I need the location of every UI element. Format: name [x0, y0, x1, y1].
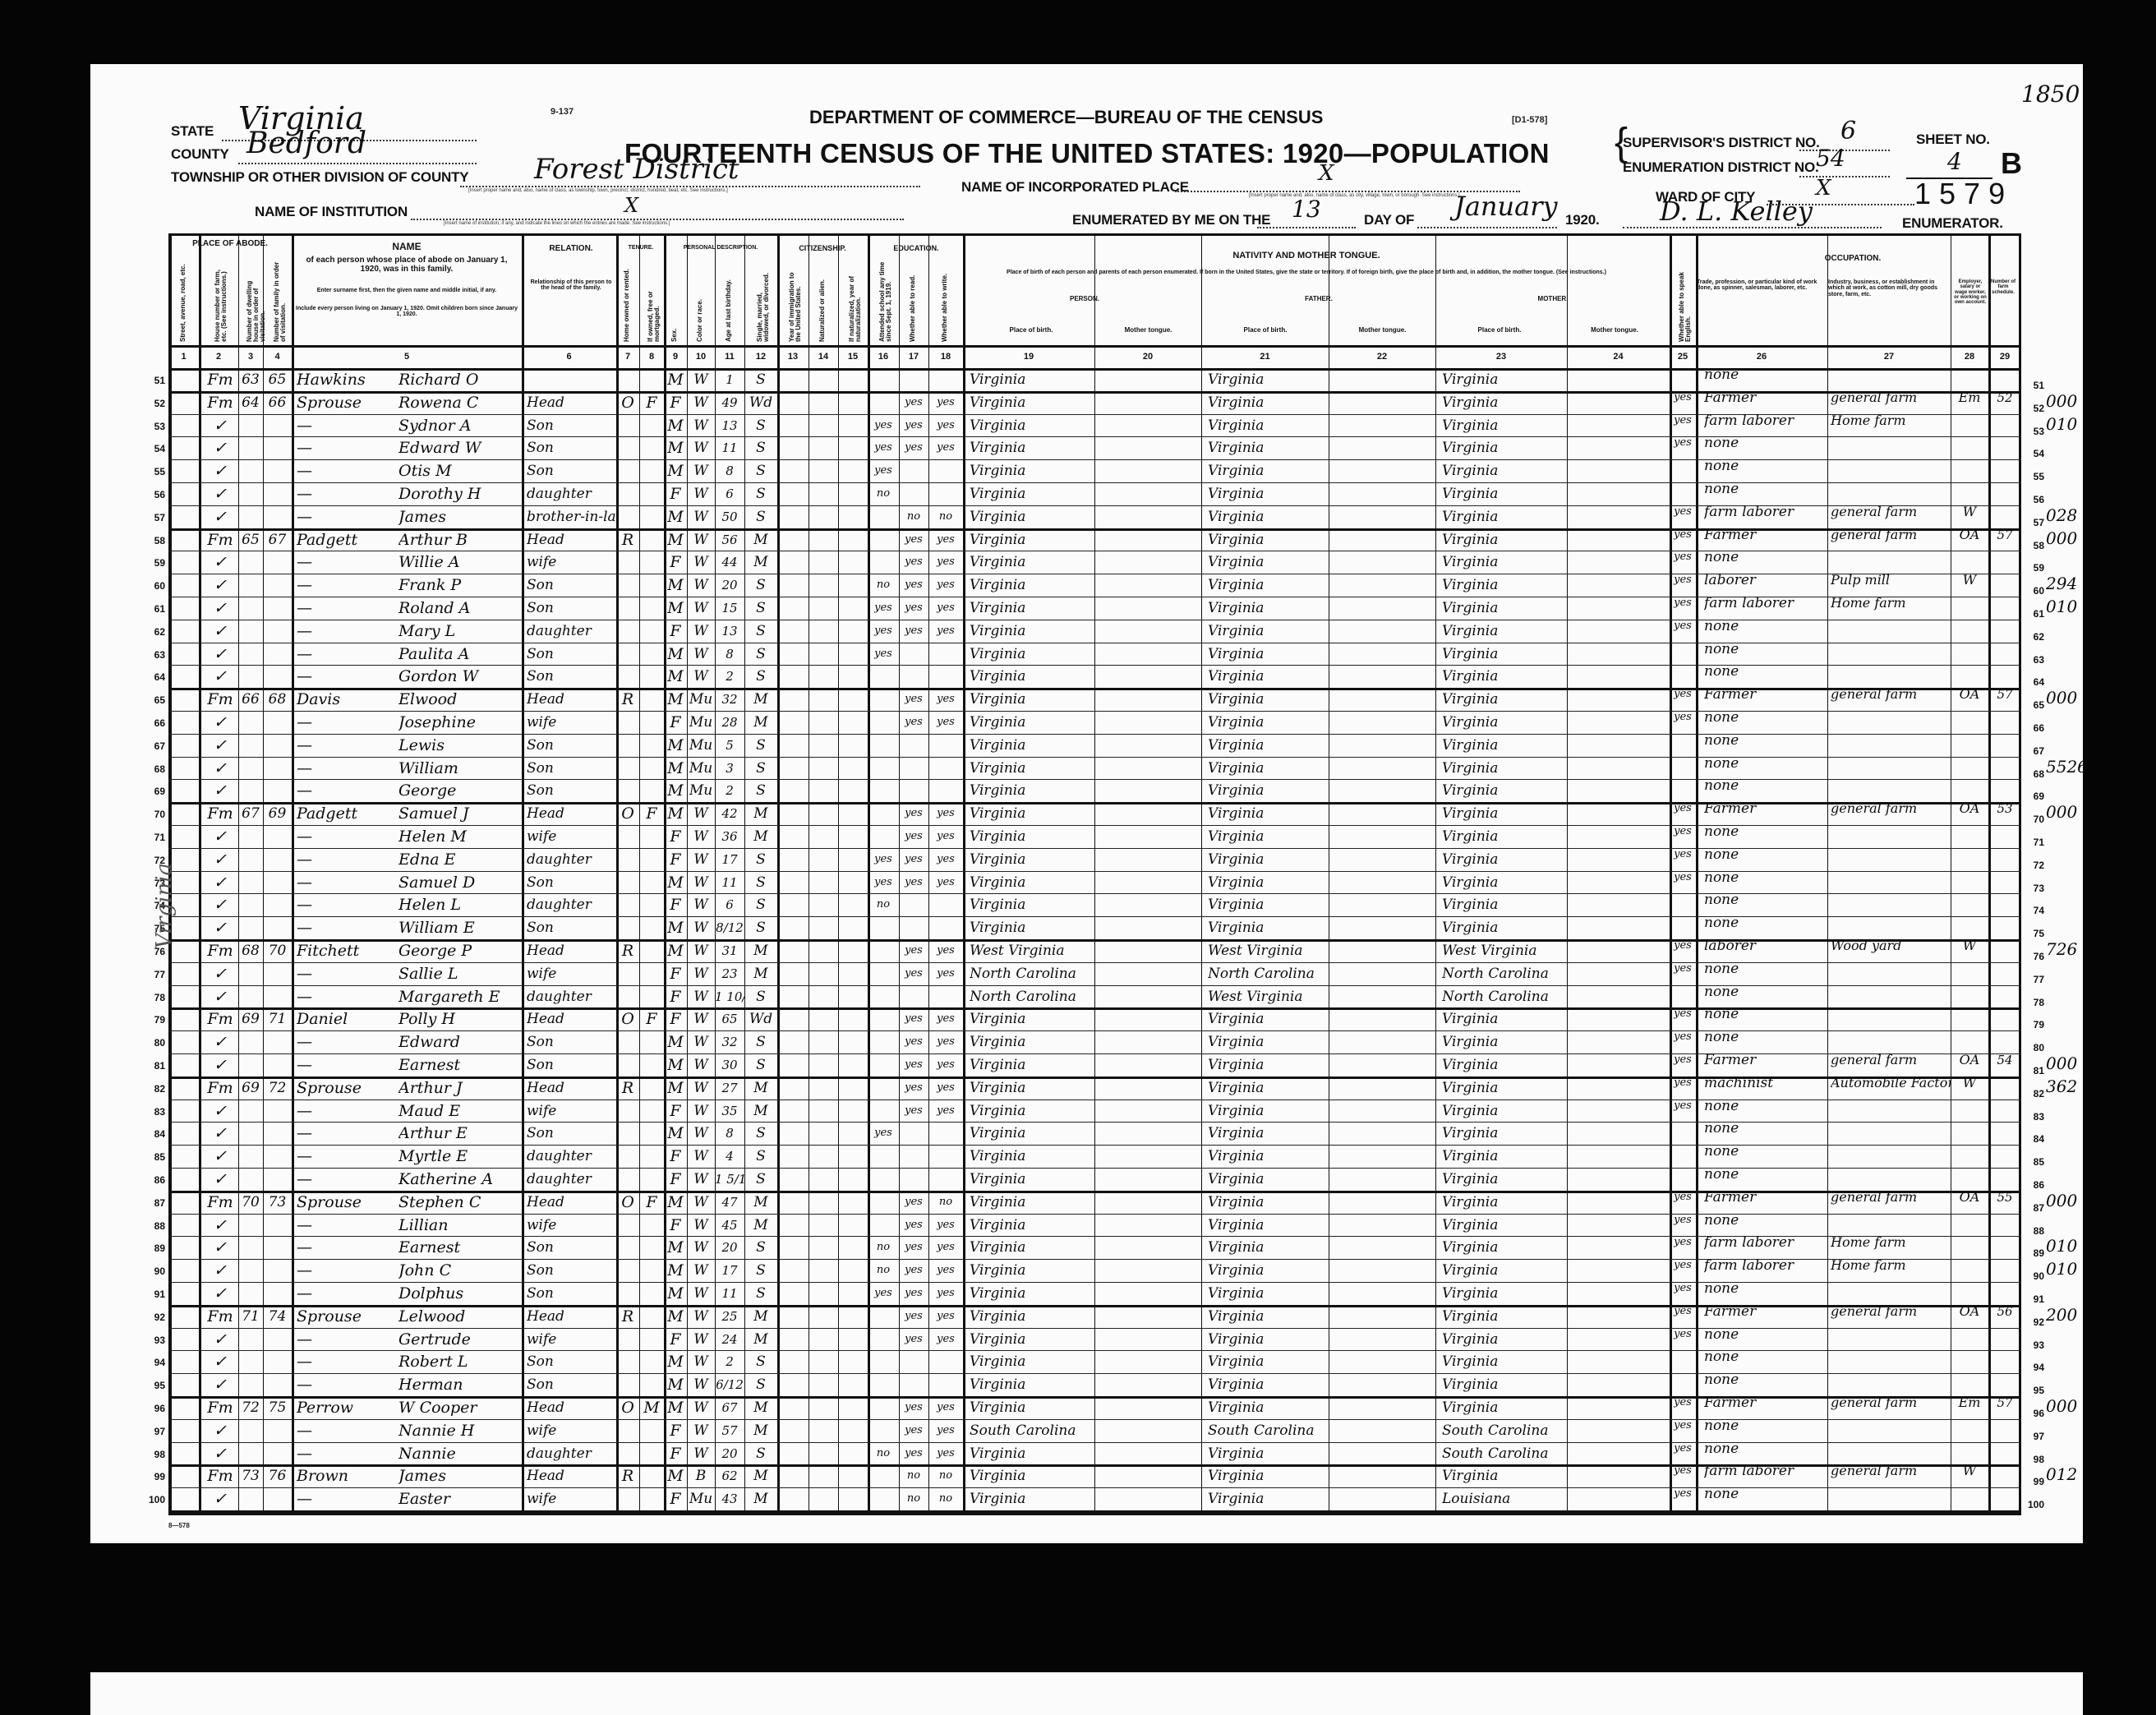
- column-number: 16: [868, 352, 899, 362]
- margin-code: 010: [2046, 1234, 2120, 1257]
- line-number: 68: [144, 763, 165, 775]
- dwelling-number: 64: [238, 391, 263, 414]
- mother-birthplace: South Carolina: [1442, 1419, 1567, 1442]
- line-number: 52: [144, 398, 165, 409]
- father-birthplace: Virginia: [1208, 482, 1329, 505]
- subcolumn-label: Whether able to speak English.: [1679, 261, 1692, 342]
- race: W: [687, 620, 715, 643]
- can-read: yes: [899, 1053, 928, 1076]
- sex: M: [664, 597, 687, 620]
- relation: Son: [527, 1259, 616, 1282]
- occupation-trade: farm laborer: [1704, 1254, 1827, 1277]
- given-name: William E: [398, 916, 522, 939]
- house-cell: ✓: [200, 825, 240, 848]
- occupation-trade: none: [1704, 843, 1827, 866]
- line-number-right: 55: [2023, 471, 2044, 482]
- surname: —: [297, 436, 379, 459]
- sex: M: [664, 1030, 687, 1053]
- mother-birthplace: Virginia: [1442, 620, 1567, 643]
- farm-schedule-number: 57: [1988, 1391, 2021, 1414]
- marital-status: M: [744, 1191, 777, 1214]
- county-label: COUNTY: [171, 146, 229, 163]
- margin-annotation: Virginia: [152, 863, 177, 949]
- race: W: [687, 597, 715, 620]
- mother-birthplace: Virginia: [1442, 597, 1567, 620]
- speaks-english: yes: [1670, 569, 1696, 592]
- house-cell: Fm: [200, 1305, 240, 1328]
- marital-status: S: [744, 1030, 777, 1053]
- mother-birthplace: Virginia: [1442, 757, 1567, 780]
- attended-school: no: [868, 482, 899, 505]
- sex: M: [664, 1236, 687, 1259]
- can-write: yes: [928, 414, 963, 437]
- sex: M: [664, 414, 687, 437]
- person-birthplace: Virginia: [970, 1191, 1094, 1214]
- person-birthplace: Virginia: [970, 1464, 1094, 1487]
- can-read: yes: [899, 1419, 928, 1442]
- line-number: 61: [144, 603, 165, 615]
- person-birthplace: Virginia: [970, 1145, 1094, 1168]
- margin-code: 200: [2046, 1303, 2120, 1326]
- father-birthplace: Virginia: [1208, 528, 1329, 551]
- farm-schedule-number: 55: [1988, 1186, 2021, 1209]
- father-birthplace: Virginia: [1208, 871, 1329, 894]
- can-write: yes: [928, 1214, 963, 1237]
- line-number-right: 59: [2023, 562, 2044, 574]
- can-read: yes: [899, 414, 928, 437]
- marital-status: Wd: [744, 391, 777, 414]
- race: W: [687, 1282, 715, 1305]
- line-number-right: 72: [2023, 860, 2044, 871]
- marital-status: S: [744, 1122, 777, 1145]
- can-write: yes: [928, 711, 963, 734]
- father-birthplace: Virginia: [1208, 916, 1329, 939]
- marital-status: M: [744, 825, 777, 848]
- line-number-right: 98: [2023, 1454, 2044, 1465]
- race: W: [687, 665, 715, 688]
- surname: —: [297, 1236, 379, 1259]
- race: Mu: [687, 711, 715, 734]
- age: 2: [715, 779, 744, 802]
- speaks-english: yes: [1670, 706, 1696, 729]
- surname: —: [297, 482, 379, 505]
- mother-birthplace: Virginia: [1442, 1100, 1567, 1123]
- occupation-industry: general farm: [1831, 1300, 1951, 1323]
- surname: —: [297, 665, 379, 688]
- line-number: 86: [144, 1174, 165, 1186]
- trade-description: Trade, profession, or particular kind of…: [1697, 279, 1820, 292]
- occupation-industry: Wood yard: [1831, 934, 1951, 957]
- father-birthplace: Virginia: [1208, 436, 1329, 459]
- can-write: yes: [928, 1282, 963, 1305]
- father-birthplace: Virginia: [1208, 1100, 1329, 1123]
- line-number-right: 77: [2023, 974, 2044, 985]
- mother-birthplace: Virginia: [1442, 1053, 1567, 1076]
- family-number: 68: [263, 688, 292, 711]
- attended-school: yes: [868, 414, 899, 437]
- marital-status: S: [744, 574, 777, 597]
- house-cell: ✓: [200, 711, 240, 734]
- line-number-right: 74: [2023, 905, 2044, 916]
- surname: —: [297, 734, 379, 757]
- given-name: Edna E: [398, 848, 522, 871]
- dwelling-number: 63: [238, 368, 263, 391]
- column-divider: [1951, 233, 1951, 1515]
- column-number: 17: [899, 352, 928, 362]
- speaks-english: yes: [1670, 546, 1696, 569]
- sex: M: [664, 939, 687, 962]
- father-birthplace: Virginia: [1208, 1373, 1329, 1396]
- relation: Son: [527, 574, 616, 597]
- relation: Son: [527, 871, 616, 894]
- surname: —: [297, 1487, 379, 1510]
- column-number: 24: [1567, 352, 1670, 362]
- mother-birthplace: Virginia: [1442, 1168, 1567, 1191]
- mother-birthplace: Virginia: [1442, 1373, 1567, 1396]
- sex: M: [664, 916, 687, 939]
- given-name: Maud E: [398, 1100, 522, 1123]
- person-birthplace: Virginia: [970, 665, 1094, 688]
- surname: —: [297, 757, 379, 780]
- institution-value: X: [624, 194, 638, 217]
- mother-birthplace: Virginia: [1442, 482, 1567, 505]
- given-name: Myrtle E: [398, 1145, 522, 1168]
- line-number: 99: [144, 1471, 165, 1482]
- surname: —: [297, 962, 379, 985]
- column-number: 5: [292, 352, 522, 362]
- race: W: [687, 574, 715, 597]
- father-birthplace: Virginia: [1208, 597, 1329, 620]
- institution-label: NAME OF INSTITUTION: [255, 204, 408, 220]
- age: 45: [715, 1214, 744, 1237]
- column-number: 6: [522, 352, 616, 362]
- family-number: 74: [263, 1305, 292, 1328]
- can-read: yes: [899, 436, 928, 459]
- race: W: [687, 939, 715, 962]
- person-birthplace: Virginia: [970, 734, 1094, 757]
- sex: M: [664, 368, 687, 391]
- sex: F: [664, 1487, 687, 1510]
- marital-status: M: [744, 1214, 777, 1237]
- can-read: yes: [899, 1396, 928, 1419]
- mother-birthplace: Virginia: [1442, 711, 1567, 734]
- nativity-description: Place of birth of each person and parent…: [970, 270, 1643, 275]
- enumerated-label: ENUMERATED BY ME ON THE: [1072, 212, 1270, 228]
- attended-school: yes: [868, 1282, 899, 1305]
- farm-schedule-number: 56: [1988, 1300, 2021, 1323]
- mother-birthplace: Virginia: [1442, 802, 1567, 825]
- line-number-right: 92: [2023, 1316, 2044, 1328]
- mother-birthplace: Virginia: [1442, 459, 1567, 482]
- margin-code: 028: [2046, 504, 2120, 527]
- line-number-right: 54: [2023, 448, 2044, 459]
- person-birthplace: Virginia: [970, 391, 1094, 414]
- attended-school: no: [868, 1442, 899, 1465]
- house-cell: ✓: [200, 871, 240, 894]
- column-divider: [522, 233, 524, 1515]
- group-nativity: NATIVITY AND MOTHER TONGUE.: [970, 251, 1643, 261]
- marital-status: S: [744, 1053, 777, 1076]
- given-name: Polly H: [398, 1007, 522, 1030]
- column-number: 3: [238, 352, 263, 362]
- house-cell: ✓: [200, 734, 240, 757]
- attended-school: no: [868, 893, 899, 916]
- occupation-trade: none: [1704, 1482, 1827, 1505]
- given-name: Sallie L: [398, 962, 522, 985]
- surname: —: [297, 825, 379, 848]
- age: 15: [715, 597, 744, 620]
- column-number: 29: [1988, 352, 2021, 362]
- line-number: 95: [144, 1380, 165, 1391]
- column-number: 27: [1827, 352, 1951, 362]
- age: 17: [715, 848, 744, 871]
- father-birthplace: Virginia: [1208, 1236, 1329, 1259]
- farm-schedule-number: 57: [1988, 683, 2021, 706]
- race: Mu: [687, 757, 715, 780]
- given-name: Sydnor A: [398, 414, 522, 437]
- marital-status: S: [744, 893, 777, 916]
- dwelling-number: 73: [238, 1464, 263, 1487]
- race: W: [687, 368, 715, 391]
- age: 11: [715, 871, 744, 894]
- marital-status: M: [744, 1076, 777, 1100]
- race: W: [687, 1145, 715, 1168]
- house-cell: ✓: [200, 779, 240, 802]
- occupation-trade: none: [1704, 888, 1827, 911]
- line-number-right: 62: [2023, 631, 2044, 643]
- house-cell: ✓: [200, 757, 240, 780]
- line-number: 81: [144, 1060, 165, 1072]
- person-birthplace: Virginia: [970, 459, 1094, 482]
- margin-code: 726: [2046, 938, 2120, 961]
- father-birthplace: Virginia: [1208, 757, 1329, 780]
- occupation-industry: general farm: [1831, 500, 1951, 523]
- sex: M: [664, 871, 687, 894]
- race: W: [687, 1350, 715, 1373]
- sex: F: [664, 1100, 687, 1123]
- house-cell: ✓: [200, 1373, 240, 1396]
- given-name: Lelwood: [398, 1305, 522, 1328]
- age: 13: [715, 620, 744, 643]
- given-name: Dolphus: [398, 1282, 522, 1305]
- can-read: yes: [899, 391, 928, 414]
- surname: —: [297, 1214, 379, 1237]
- can-read: yes: [899, 1442, 928, 1465]
- line-number: 67: [144, 740, 165, 752]
- house-cell: ✓: [200, 643, 240, 666]
- line-number-right: 90: [2023, 1270, 2044, 1282]
- line-number-right: 64: [2023, 676, 2044, 688]
- occupation-trade: none: [1704, 454, 1827, 477]
- line-number: 98: [144, 1449, 165, 1460]
- marital-status: M: [744, 528, 777, 551]
- mother-birthplace: North Carolina: [1442, 985, 1567, 1008]
- mother-birthplace: Virginia: [1442, 1145, 1567, 1168]
- header-divider: [168, 345, 2021, 348]
- can-write: no: [928, 1191, 963, 1214]
- given-name: Arthur J: [398, 1076, 522, 1100]
- mother-birthplace: Virginia: [1442, 528, 1567, 551]
- age: 3: [715, 757, 744, 780]
- age: 32: [715, 1030, 744, 1053]
- line-number: 53: [144, 421, 165, 432]
- sex: F: [664, 1328, 687, 1351]
- can-write: yes: [928, 1305, 963, 1328]
- surname: —: [297, 574, 379, 597]
- group-tenure: TENURE.: [618, 245, 664, 251]
- line-number: 56: [144, 489, 165, 500]
- dwelling-number: 72: [238, 1396, 263, 1419]
- person-birthplace: Virginia: [970, 1236, 1094, 1259]
- father-birthplace: Virginia: [1208, 1464, 1329, 1487]
- marital-status: S: [744, 985, 777, 1008]
- surname: —: [297, 1168, 379, 1191]
- home-owned: R: [616, 1076, 639, 1100]
- family-number: 71: [263, 1007, 292, 1030]
- incorporated-value: X: [1319, 161, 1334, 186]
- given-name: Katherine A: [398, 1168, 522, 1191]
- age: 8: [715, 459, 744, 482]
- relation: Head: [527, 391, 616, 414]
- marital-status: M: [744, 1396, 777, 1419]
- father-birthplace: Virginia: [1208, 1145, 1329, 1168]
- can-read: yes: [899, 551, 928, 574]
- marital-status: M: [744, 1487, 777, 1510]
- relation: daughter: [527, 482, 616, 505]
- race: W: [687, 459, 715, 482]
- line-number-right: 63: [2023, 654, 2044, 666]
- father-birthplace: Virginia: [1208, 734, 1329, 757]
- margin-code: 294: [2046, 572, 2120, 595]
- line-number-right: 96: [2023, 1408, 2044, 1419]
- occupation-trade: none: [1704, 638, 1827, 661]
- relation: wife: [527, 962, 616, 985]
- home-owned: R: [616, 1305, 639, 1328]
- line-number: 65: [144, 694, 165, 706]
- sex: M: [664, 1122, 687, 1145]
- father-birthplace: Virginia: [1208, 893, 1329, 916]
- father-birthplace: South Carolina: [1208, 1419, 1329, 1442]
- occupation-trade: machinist: [1704, 1072, 1827, 1095]
- house-cell: ✓: [200, 1442, 240, 1465]
- mother-birthplace: Virginia: [1442, 1396, 1567, 1419]
- line-number: 91: [144, 1289, 165, 1300]
- family-number: 75: [263, 1396, 292, 1419]
- surname: —: [297, 620, 379, 643]
- house-cell: ✓: [200, 1214, 240, 1237]
- surname: —: [297, 1100, 379, 1123]
- father-birthplace: Virginia: [1208, 688, 1329, 711]
- mother-birthplace: Virginia: [1442, 848, 1567, 871]
- house-cell: ✓: [200, 985, 240, 1008]
- person-birthplace: Virginia: [970, 1442, 1094, 1465]
- person-birthplace: Virginia: [970, 1053, 1094, 1076]
- line-number-right: 70: [2023, 814, 2044, 825]
- speaks-english: yes: [1670, 386, 1696, 409]
- surname: —: [297, 551, 379, 574]
- margin-code: 010: [2046, 413, 2120, 436]
- surname: Hawkins: [297, 368, 379, 391]
- race: W: [687, 1214, 715, 1237]
- can-read: yes: [899, 1214, 928, 1237]
- person-birthplace: Virginia: [970, 574, 1094, 597]
- column-number: 7: [616, 352, 639, 362]
- marital-status: S: [744, 1145, 777, 1168]
- line-number: 78: [144, 992, 165, 1003]
- occupation-trade: farm laborer: [1704, 592, 1827, 615]
- given-name: Gertrude: [398, 1328, 522, 1351]
- subcolumn-label: House number or farm, etc. (See instruct…: [214, 261, 228, 342]
- subcolumn-label: Color or race.: [697, 261, 703, 342]
- column-divider: [1567, 233, 1568, 1515]
- given-name: Roland A: [398, 597, 522, 620]
- person-birthplace: Virginia: [970, 1076, 1094, 1100]
- speaks-english: yes: [1670, 797, 1696, 820]
- marital-status: S: [744, 1442, 777, 1465]
- mother-birthplace: Virginia: [1442, 414, 1567, 437]
- race: W: [687, 1328, 715, 1351]
- age: 43: [715, 1487, 744, 1510]
- group-citizenship: CITIZENSHIP.: [777, 245, 868, 252]
- father-birthplace: Virginia: [1208, 551, 1329, 574]
- column-number: 13: [777, 352, 808, 362]
- house-cell: Fm: [200, 688, 240, 711]
- line-number-right: 66: [2023, 722, 2044, 734]
- person-birthplace: Virginia: [970, 1259, 1094, 1282]
- can-write: yes: [928, 1259, 963, 1282]
- occupation-trade: none: [1704, 1414, 1827, 1437]
- given-name: Arthur E: [398, 1122, 522, 1145]
- race: W: [687, 391, 715, 414]
- sex: M: [664, 1350, 687, 1373]
- employer-class: OA: [1951, 683, 1988, 706]
- race: W: [687, 962, 715, 985]
- relation: daughter: [527, 1168, 616, 1191]
- name-instruction-1: Enter surname first, then the given name…: [296, 288, 518, 293]
- subcolumn-label: Attended school any time since Sept. 1, …: [879, 261, 892, 342]
- line-number: 59: [144, 557, 165, 569]
- age: 42: [715, 802, 744, 825]
- race: W: [687, 825, 715, 848]
- mother-birthplace: Virginia: [1442, 1328, 1567, 1351]
- sex: M: [664, 528, 687, 551]
- father-birthplace: North Carolina: [1208, 962, 1329, 985]
- can-read: yes: [899, 1100, 928, 1123]
- column-number: 10: [687, 352, 715, 362]
- marital-status: S: [744, 620, 777, 643]
- family-number: 69: [263, 802, 292, 825]
- can-read: yes: [899, 1076, 928, 1100]
- given-name: Samuel J: [398, 802, 522, 825]
- sex: M: [664, 1191, 687, 1214]
- occupation-trade: none: [1704, 1117, 1827, 1140]
- occupation-trade: none: [1704, 1368, 1827, 1391]
- person-birthplace: Virginia: [970, 368, 1094, 391]
- father-birthplace: Virginia: [1208, 459, 1329, 482]
- relation: Head: [527, 1007, 616, 1030]
- sex: M: [664, 1464, 687, 1487]
- occupation-industry: general farm: [1831, 797, 1951, 820]
- speaks-english: yes: [1670, 431, 1696, 454]
- occupation-trade: none: [1704, 774, 1827, 797]
- institution-note: [Insert name of institution, if any, and…: [444, 221, 670, 226]
- margin-code: 000: [2046, 686, 2120, 709]
- can-write: yes: [928, 688, 963, 711]
- line-number: 90: [144, 1266, 165, 1277]
- occupation-trade: laborer: [1704, 934, 1827, 957]
- house-cell: ✓: [200, 1122, 240, 1145]
- marital-status: S: [744, 1373, 777, 1396]
